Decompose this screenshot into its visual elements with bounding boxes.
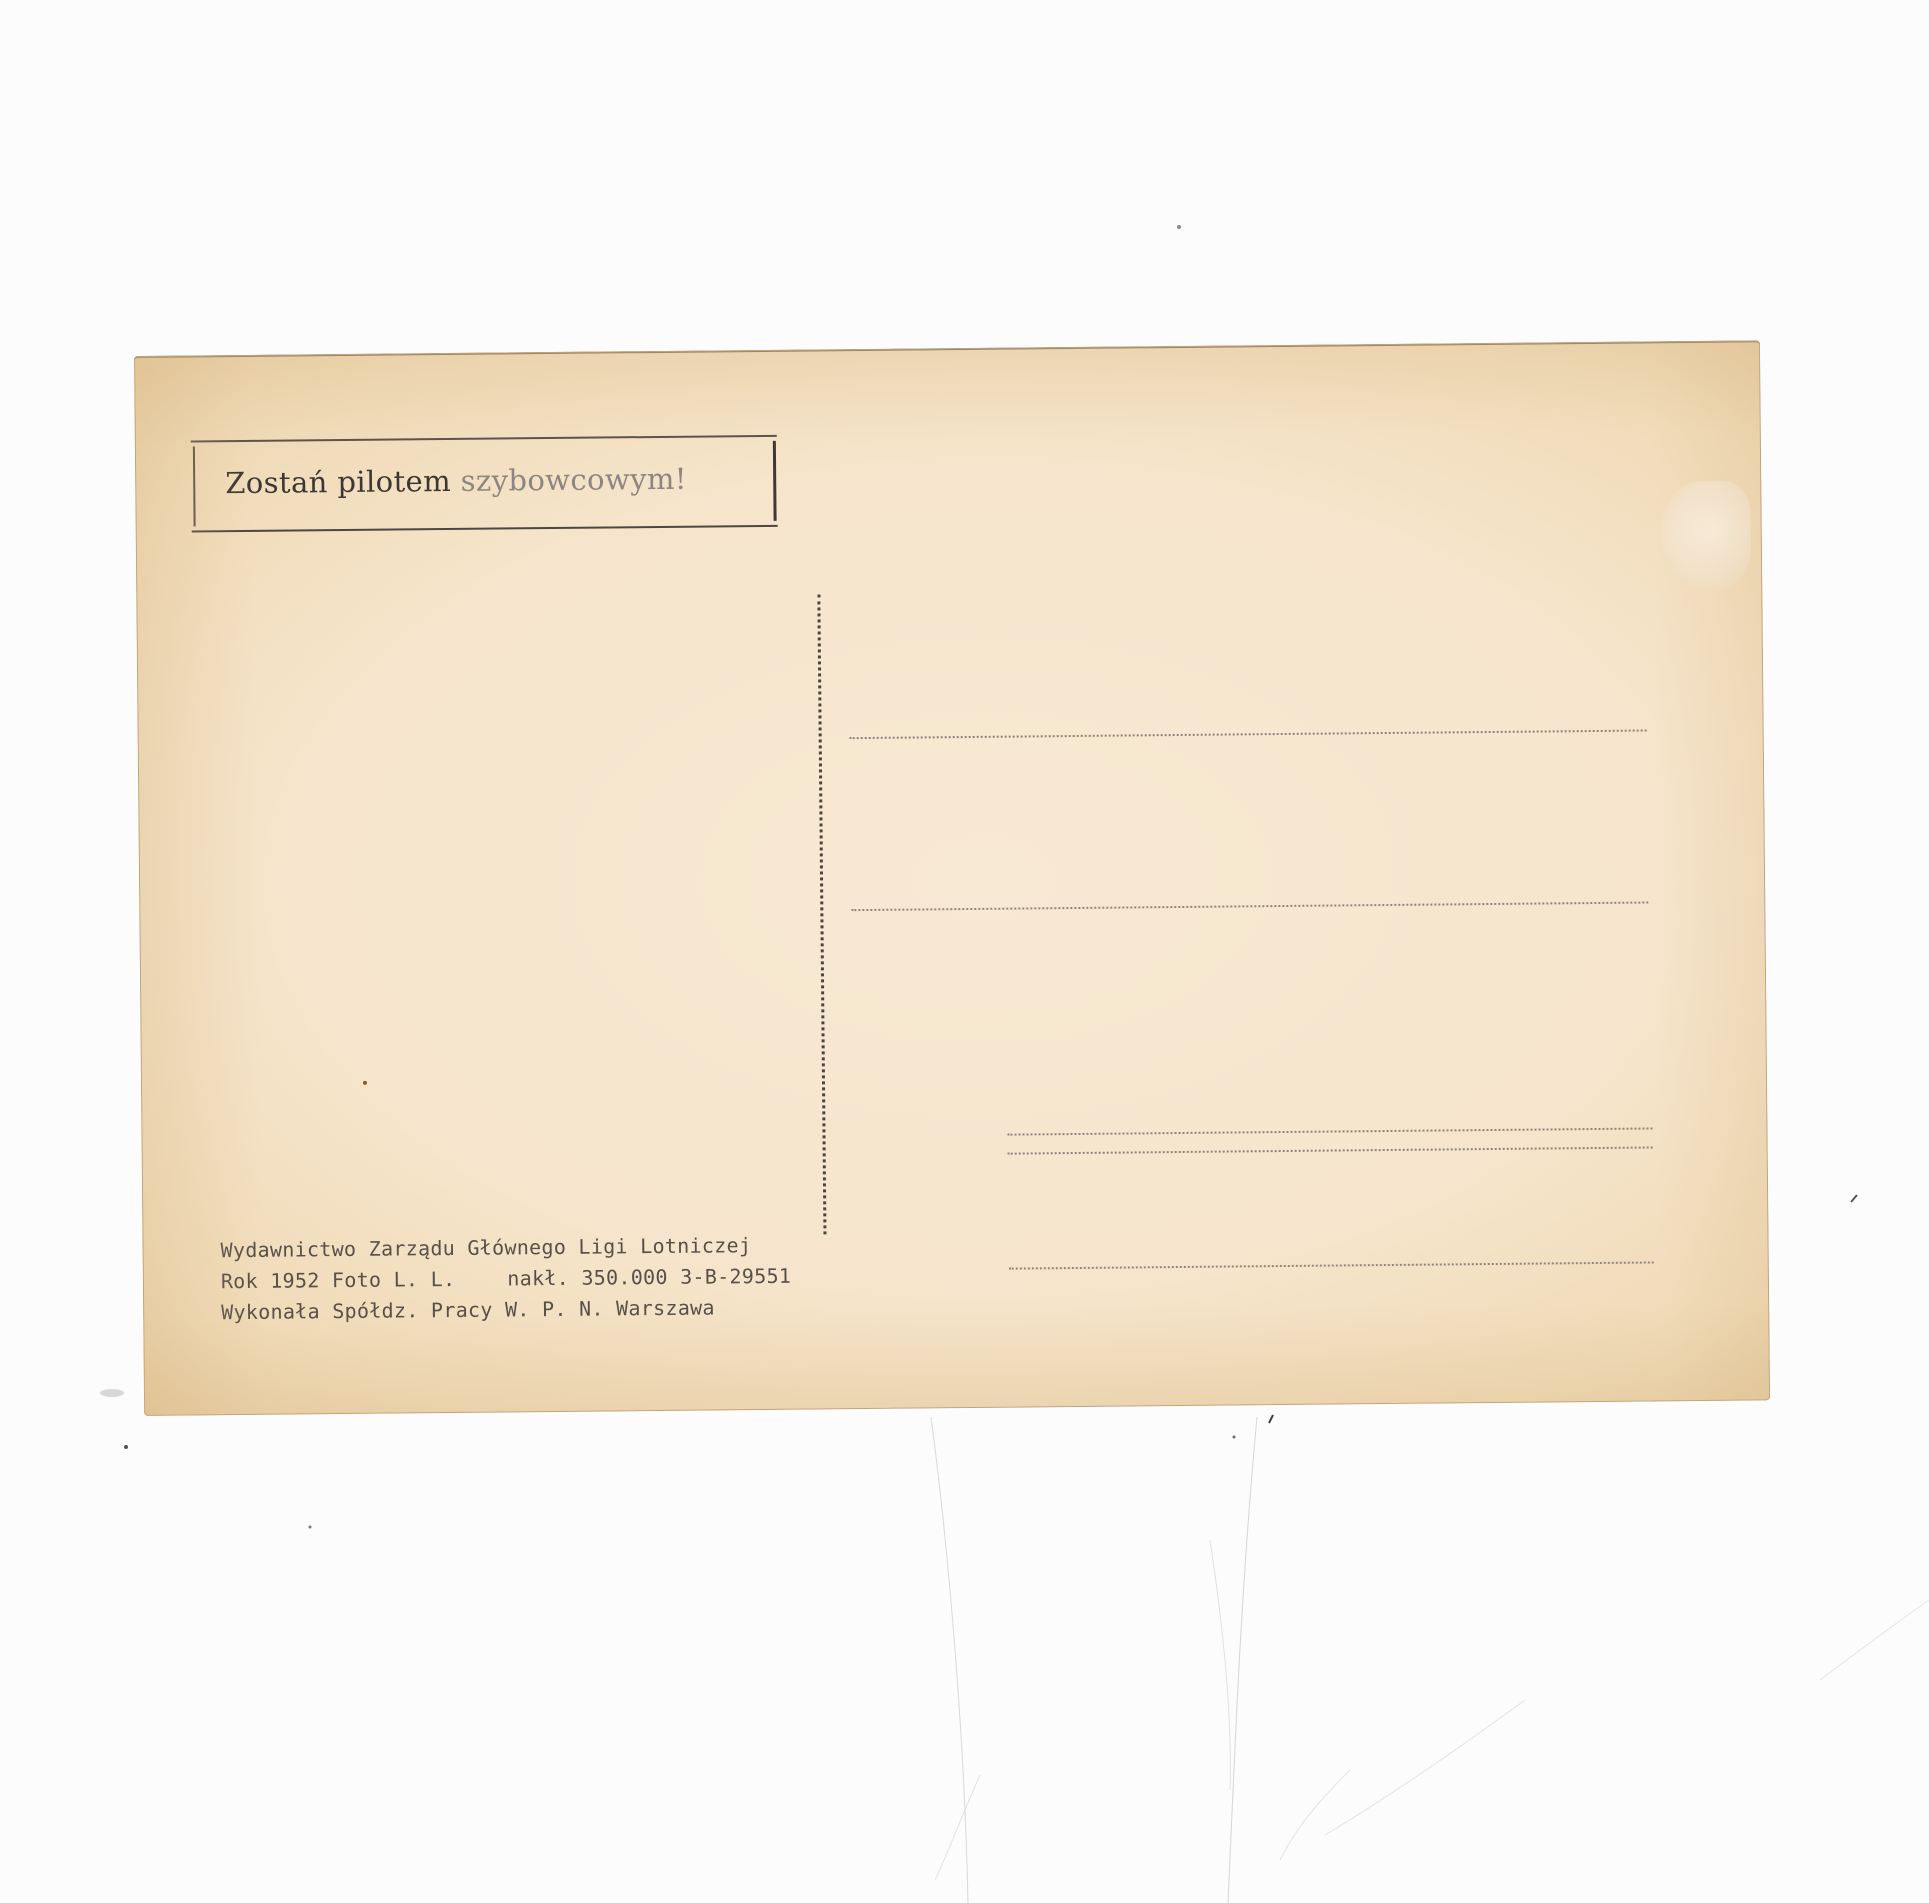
heading-box: Zostań pilotem szybowcowym! <box>193 441 777 527</box>
address-line <box>1008 1127 1653 1135</box>
stain-speck <box>363 1081 367 1085</box>
imprint-line-2: Rok 1952 Foto L. L.nakł. 350.000 3-B-295… <box>221 1260 841 1297</box>
heading-rule-top <box>191 435 777 443</box>
message-address-divider <box>817 594 826 1234</box>
heading-text: Zostań pilotem szybowcowym! <box>225 462 687 500</box>
torn-paper-patch <box>1660 480 1751 591</box>
address-line <box>1008 1146 1653 1154</box>
address-line <box>850 729 1647 739</box>
imprint-year-photo: Rok 1952 Foto L. L. <box>221 1267 456 1293</box>
heading-text-main: Zostań pilotem <box>225 464 461 500</box>
imprint-line-3: Wykonała Spółdz. Pracy W. P. N. Warszawa <box>221 1291 841 1328</box>
address-line <box>851 901 1648 911</box>
publisher-imprint: Wydawnictwo Zarządu Głównego Ligi Lotnic… <box>220 1229 841 1328</box>
postcard: Zostań pilotem szybowcowym! Wydawnictwo … <box>134 340 1770 1416</box>
heading-text-faded: szybowcowym! <box>460 462 687 498</box>
heading-rule-bottom <box>192 525 778 533</box>
imprint-print-run: nakł. 350.000 3-B-29551 <box>507 1264 791 1291</box>
address-line <box>1009 1261 1654 1269</box>
